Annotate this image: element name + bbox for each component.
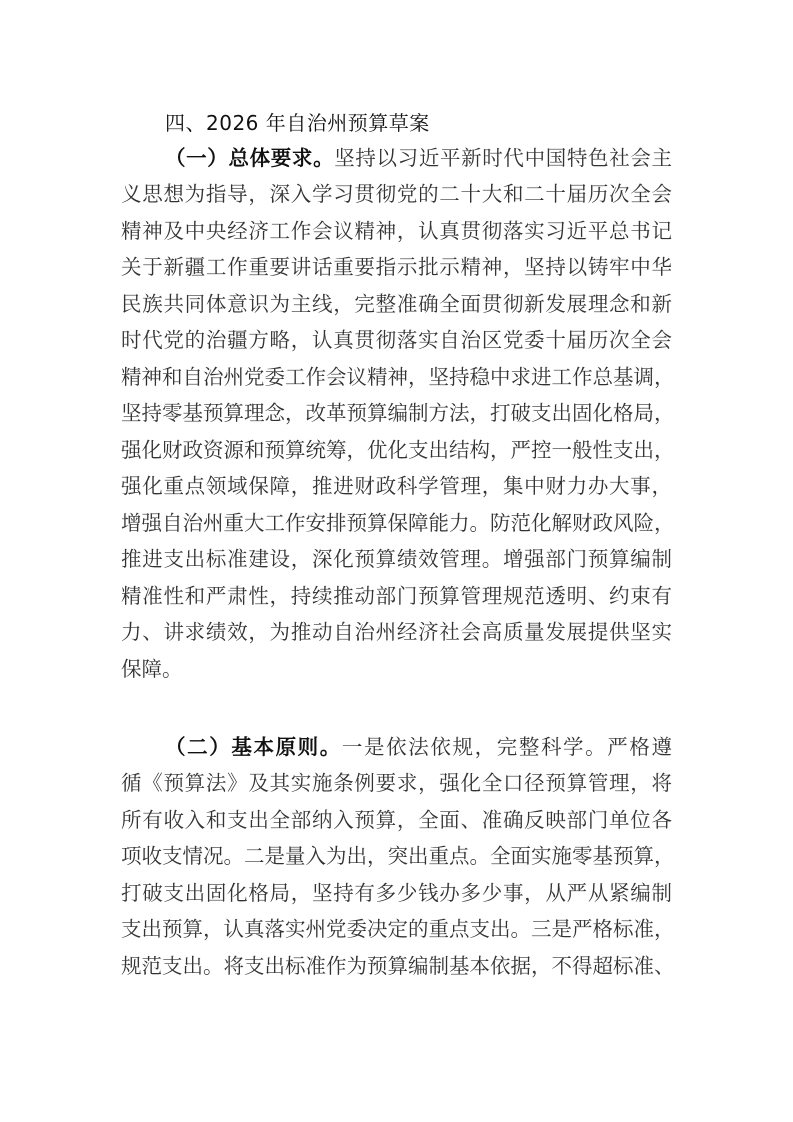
paragraph-lead: （一）总体要求。 xyxy=(165,146,334,170)
paragraph-line: 坚持零基预算理念，改革预算编制方法，打破支出固化格局， xyxy=(121,401,672,425)
section-heading: 四、2026 年自治州预算草案 xyxy=(165,107,430,136)
paragraph-line: 打破支出固化格局，坚持有多少钱办多少事，从严从紧编制 xyxy=(121,881,672,905)
paragraph-line: 力、讲求绩效，为推动自治州经济社会高质量发展提供坚实 xyxy=(121,620,672,644)
paragraph-line: 民族共同体意识为主线，完整准确全面贯彻新发展理念和新 xyxy=(121,292,672,316)
paragraph-line: 时代党的治疆方略，认真贯彻落实自治区党委十届历次全会 xyxy=(121,328,672,352)
paragraph-line: （二）基本原则。一是依法依规，完整科学。严格遵 xyxy=(165,735,672,759)
paragraph-line: 精准性和严肃性，持续推动部门预算管理规范透明、约束有 xyxy=(121,584,672,608)
paragraph-line: （一）总体要求。坚持以习近平新时代中国特色社会主 xyxy=(165,146,672,170)
paragraph-line: 推进支出标准建设，深化预算绩效管理。增强部门预算编制 xyxy=(121,547,672,571)
paragraph-line: 项收支情况。二是量入为出，突出重点。全面实施零基预算， xyxy=(121,844,672,868)
paragraph-line: 所有收入和支出全部纳入预算，全面、准确反映部门单位各 xyxy=(121,808,672,832)
paragraph-line: 循《预算法》及其实施条例要求，强化全口径预算管理，将 xyxy=(121,771,672,795)
paragraph-line: 增强自治州重大工作安排预算保障能力。防范化解财政风险， xyxy=(121,511,672,535)
paragraph-line: 关于新疆工作重要讲话重要指示批示精神，坚持以铸牢中华 xyxy=(121,255,672,279)
paragraph-lead: （二）基本原则。 xyxy=(165,735,342,759)
paragraph-line: 精神和自治州党委工作会议精神，坚持稳中求进工作总基调， xyxy=(121,365,672,389)
paragraph-line: 规范支出。将支出标准作为预算编制基本依据，不得超标准、 xyxy=(121,954,672,978)
paragraph-line: 强化重点领域保障，推进财政科学管理，集中财力办大事， xyxy=(121,474,672,498)
paragraph-line: 强化财政资源和预算统筹，优化支出结构，严控一般性支出， xyxy=(121,438,672,462)
paragraph-line: 保障。 xyxy=(121,657,183,681)
paragraph-line: 支出预算，认真落实州党委决定的重点支出。三是严格标准， xyxy=(121,917,672,941)
paragraph-line: 义思想为指导，深入学习贯彻党的二十大和二十届历次全会 xyxy=(121,182,672,206)
paragraph-line: 精神及中央经济工作会议精神，认真贯彻落实习近平总书记 xyxy=(121,219,672,243)
document-page: 四、2026 年自治州预算草案 （一）总体要求。坚持以习近平新时代中国特色社会主… xyxy=(0,0,793,1122)
